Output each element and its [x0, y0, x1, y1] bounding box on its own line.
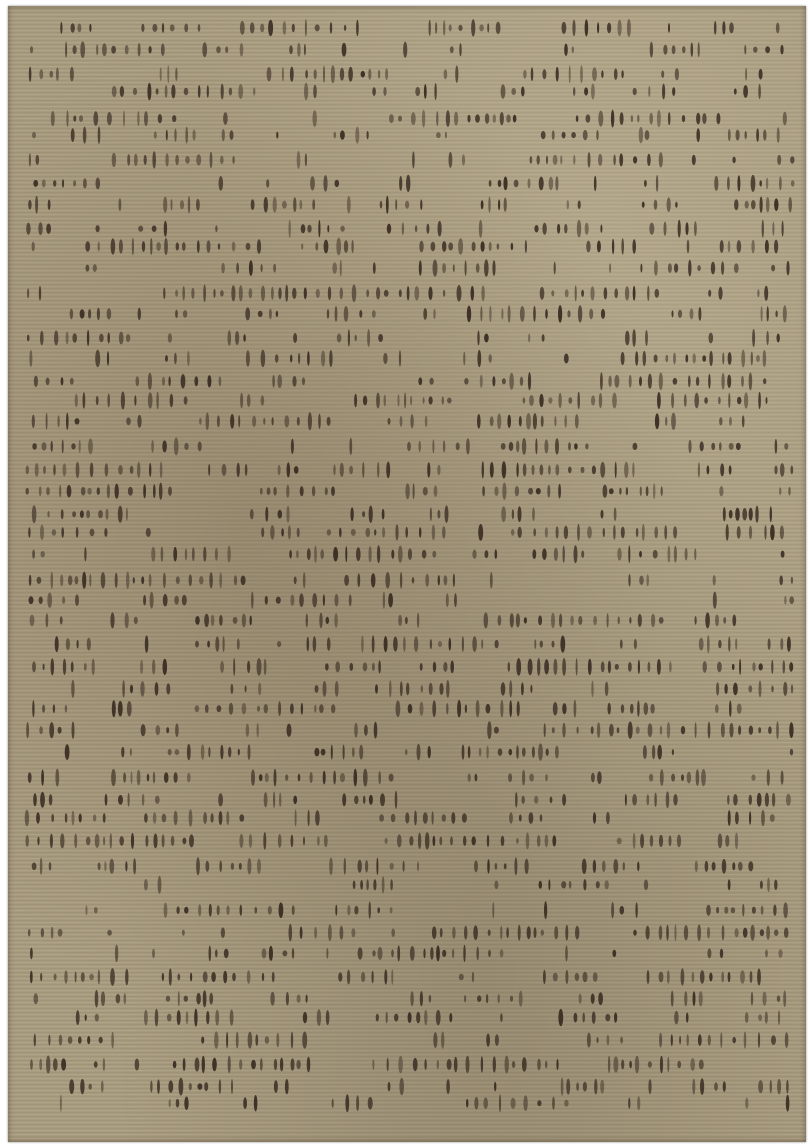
- dash-pattern: [8, 6, 806, 1142]
- rug: Beige-taupe rug with irregular rows of d…: [8, 6, 806, 1142]
